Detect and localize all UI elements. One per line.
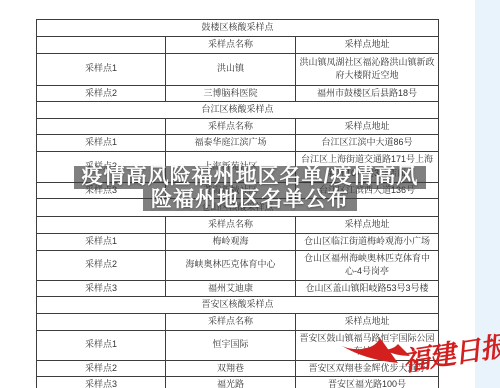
table-row: 采样点3 福光路 晋安区福光路100号 (37, 377, 439, 388)
overlay-headline-line1: 疫情高风险福州地区名单/疫情高风 (74, 166, 427, 189)
table-row: 采样点1 洪山镇 洪山镇凤湖社区福沁路洪山镇新政府大楼附近空地 (37, 53, 439, 85)
point-name: 三博脑科医院 (166, 85, 296, 102)
point-label: 采样点2 (37, 250, 166, 280)
point-name: 梅岭观海 (166, 233, 296, 250)
address-column-header: 采样点地址 (296, 313, 439, 330)
point-address: 福州市鼓楼区后县路18号 (296, 85, 439, 102)
corner-cell (37, 313, 166, 330)
point-label: 采样点3 (37, 280, 166, 297)
point-name: 福州艾迪康 (166, 280, 296, 297)
table-row: 采样点1 福泰华庭江滨广场 台江区江滨中大道86号 (37, 135, 439, 152)
overlay-headline-line2: 险福州地区名单公布 (143, 189, 357, 212)
table-row: 采样点3 福州艾迪康 仓山区盖山镇阳岐路53号3号楼 (37, 280, 439, 297)
point-label: 采样点2 (37, 85, 166, 102)
column-header-row: 采样点名称 采样点地址 (37, 217, 439, 234)
point-label: 采样点1 (37, 330, 166, 360)
point-name: 恒宇国际 (166, 330, 296, 360)
table-row: 采样点1 梅岭观海 仓山区临江街道梅岭观海小广场 (37, 233, 439, 250)
point-name: 海峡奥林匹克体育中心 (166, 250, 296, 280)
point-name: 福泰华庭江滨广场 (166, 135, 296, 152)
column-header-row: 采样点名称 采样点地址 (37, 313, 439, 330)
table-row: 采样点1 恒宇国际 晋安区鼓山镇福马路恒宇国际公园车站旁 (37, 330, 439, 360)
point-label: 采样点1 (37, 53, 166, 85)
section-title: 台江区核酸采样点 (37, 102, 439, 119)
point-label: 采样点1 (37, 233, 166, 250)
point-label: 采样点3 (37, 377, 166, 388)
address-column-header: 采样点地址 (296, 118, 439, 135)
point-label: 采样点2 (37, 360, 166, 377)
point-address: 晋安区福光路100号 (296, 377, 439, 388)
corner-cell (37, 217, 166, 234)
point-name: 福光路 (166, 377, 296, 388)
point-address: 仓山区临江街道梅岭观海小广场 (296, 233, 439, 250)
name-column-header: 采样点名称 (166, 313, 296, 330)
address-column-header: 采样点地址 (296, 36, 439, 53)
section-header-row: 晋安区核酸采样点 (37, 297, 439, 314)
column-header-row: 采样点名称 采样点地址 (37, 118, 439, 135)
point-address: 晋安区鼓山镇福马路恒宇国际公园车站旁 (296, 330, 439, 360)
name-column-header: 采样点名称 (166, 118, 296, 135)
table-row: 采样点2 海峡奥林匹克体育中心 仓山区福州海峡奥林匹克体育中心-4号岗亭 (37, 250, 439, 280)
point-address: 台江区江滨中大道86号 (296, 135, 439, 152)
point-name: 双翔巷 (166, 360, 296, 377)
point-address: 洪山镇凤湖社区福沁路洪山镇新政府大楼附近空地 (296, 53, 439, 85)
column-header-row: 采样点名称 采样点地址 (37, 36, 439, 53)
point-label: 采样点1 (37, 135, 166, 152)
address-column-header: 采样点地址 (296, 217, 439, 234)
point-address: 晋安区双翔巷金辉优步大道旁 (296, 360, 439, 377)
overlay-headline: 疫情高风险福州地区名单/疫情高风 险福州地区名单公布 (0, 166, 500, 211)
corner-cell (37, 36, 166, 53)
section-header-row: 台江区核酸采样点 (37, 102, 439, 119)
section-header-row: 鼓楼区核酸采样点 (37, 20, 439, 37)
section-title: 晋安区核酸采样点 (37, 297, 439, 314)
name-column-header: 采样点名称 (166, 217, 296, 234)
corner-cell (37, 118, 166, 135)
table-row: 采样点2 双翔巷 晋安区双翔巷金辉优步大道旁 (37, 360, 439, 377)
section-title: 鼓楼区核酸采样点 (37, 20, 439, 37)
point-address: 仓山区福州海峡奥林匹克体育中心-4号岗亭 (296, 250, 439, 280)
point-address: 仓山区盖山镇阳岐路53号3号楼 (296, 280, 439, 297)
name-column-header: 采样点名称 (166, 36, 296, 53)
point-name: 洪山镇 (166, 53, 296, 85)
table-row: 采样点2 三博脑科医院 福州市鼓楼区后县路18号 (37, 85, 439, 102)
